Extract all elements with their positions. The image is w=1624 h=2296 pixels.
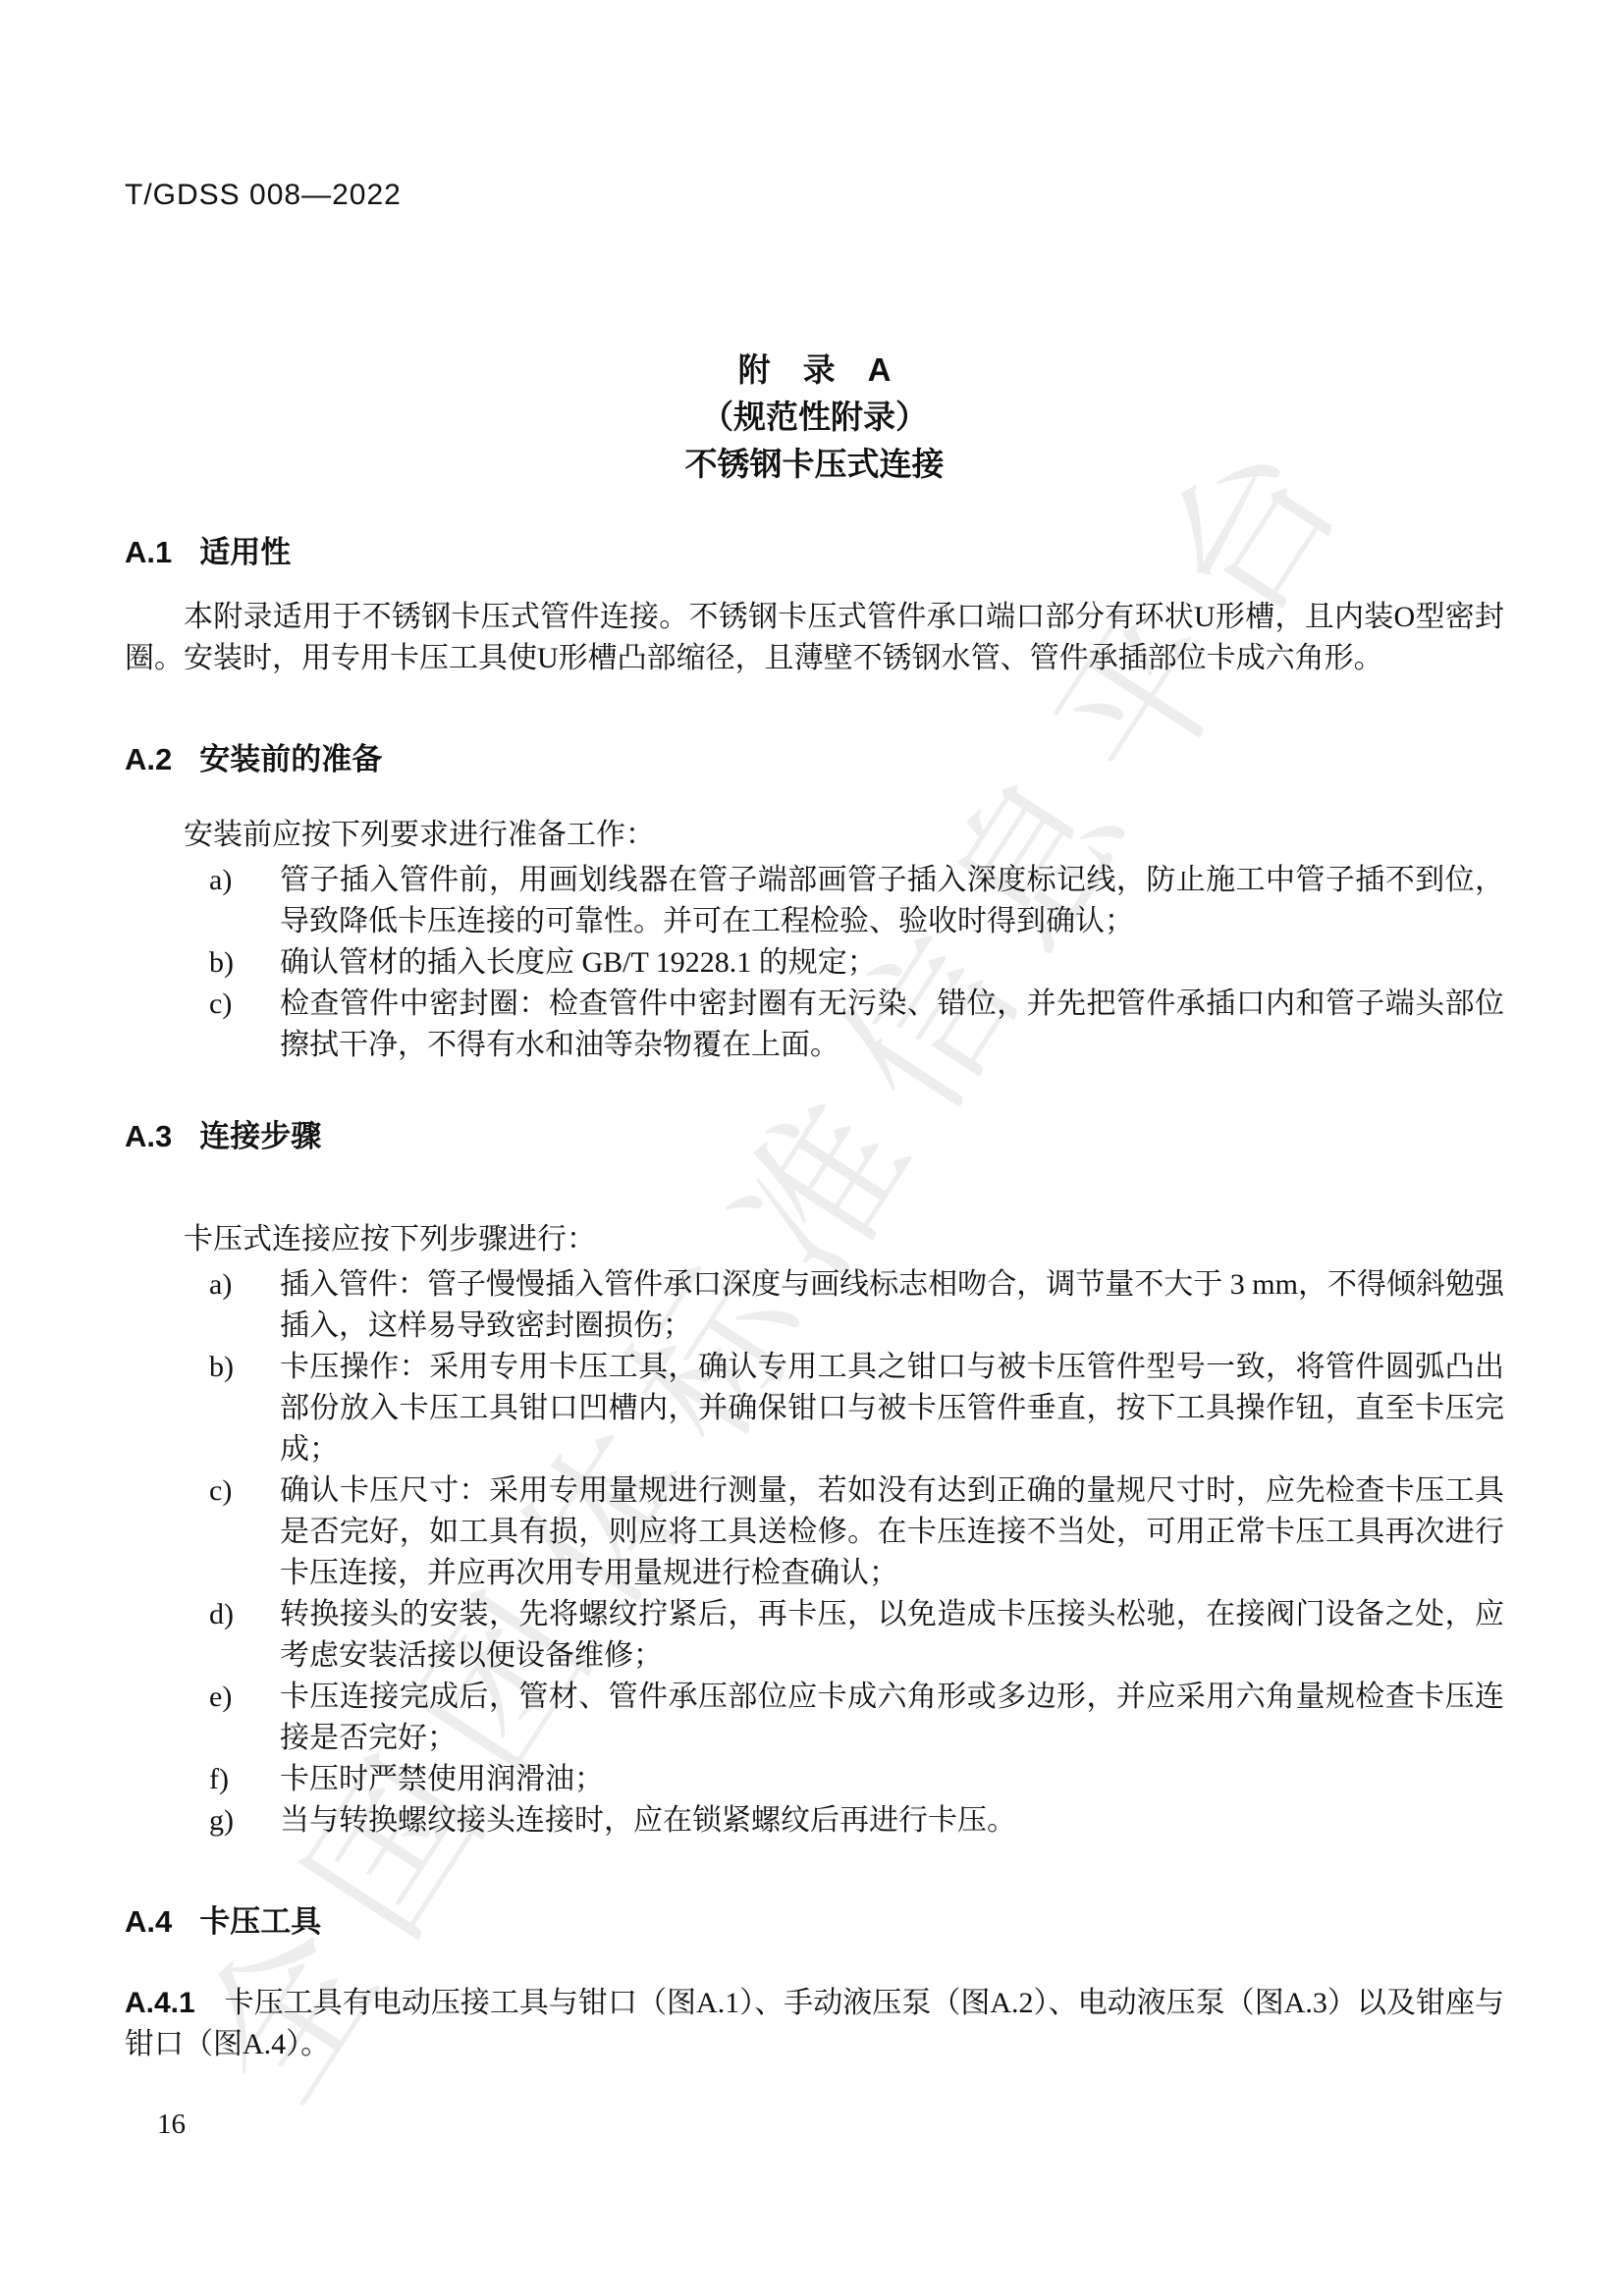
section-a2-list: a) 管子插入管件前，用画划线器在管子端部画管子插入深度标记线，防止施工中管子插… — [125, 860, 1504, 1066]
item-text: 确认管材的插入长度应 GB/T 19228.1 的规定； — [280, 946, 877, 979]
section-a1-paragraph: 本附录适用于不锈钢卡压式管件连接。不锈钢卡压式管件承口端口部分有环状U形槽，且内… — [125, 597, 1504, 679]
item-label: e) — [209, 1677, 232, 1718]
section-a4-heading: A.4卡压工具 — [125, 1904, 1504, 1940]
item-text: 插入管件：管子慢慢插入管件承口深度与画线标志相吻合，调节量不大于 3 mm，不得… — [280, 1268, 1504, 1342]
subclause-number: A.4.1 — [125, 1983, 195, 2024]
subclause-text: 卡压工具有电动压接工具与钳口（图A.1）、手动液压泵（图A.2）、电动液压泵（图… — [125, 1987, 1504, 2060]
list-item: b) 卡压操作：采用专用卡压工具，确认专用工具之钳口与被卡压管件型号一致，将管件… — [125, 1347, 1504, 1470]
item-label: g) — [209, 1800, 234, 1842]
item-label: d) — [209, 1594, 234, 1635]
section-a3-list: a) 插入管件：管子慢慢插入管件承口深度与画线标志相吻合，调节量不大于 3 mm… — [125, 1264, 1504, 1842]
item-label: b) — [209, 1347, 234, 1388]
clause-number: A.3 — [125, 1119, 172, 1154]
clause-title: 适用性 — [199, 535, 291, 569]
item-text: 转换接头的安装，先将螺纹拧紧后，再卡压，以免造成卡压接头松驰，在接阀门设备之处，… — [280, 1598, 1504, 1672]
item-text: 确认卡压尺寸：采用专用量规进行测量，若如没有达到正确的量规尺寸时，应先检查卡压工… — [280, 1474, 1504, 1589]
doc-code: T/GDSS 008—2022 — [125, 179, 1504, 212]
item-text: 当与转换螺纹接头连接时，应在锁紧螺纹后再进行卡压。 — [280, 1804, 1016, 1837]
item-label: b) — [209, 942, 234, 984]
appendix-note: （规范性附录） — [125, 394, 1504, 441]
list-item: d) 转换接头的安装，先将螺纹拧紧后，再卡压，以免造成卡压接头松驰，在接阀门设备… — [125, 1594, 1504, 1677]
section-a2-intro: 安装前应按下列要求进行准备工作： — [125, 815, 1504, 856]
clause-title: 连接步骤 — [199, 1119, 321, 1153]
item-label: f) — [209, 1759, 229, 1800]
item-text: 检查管件中密封圈：检查管件中密封圈有无污染、错位，并先把管件承插口内和管子端头部… — [280, 988, 1504, 1061]
section-a3-intro: 卡压式连接应按下列步骤进行： — [125, 1219, 1504, 1260]
list-item: g) 当与转换螺纹接头连接时，应在锁紧螺纹后再进行卡压。 — [125, 1800, 1504, 1842]
document-page: 全国团体标准信息平台 T/GDSS 008—2022 附 录 A （规范性附录）… — [0, 0, 1624, 2296]
section-a2-heading: A.2安装前的准备 — [125, 742, 1504, 777]
section-a1-heading: A.1适用性 — [125, 535, 1504, 570]
section-a3-heading: A.3连接步骤 — [125, 1119, 1504, 1154]
section-a41-paragraph: A.4.1卡压工具有电动压接工具与钳口（图A.1）、手动液压泵（图A.2）、电动… — [125, 1983, 1504, 2065]
item-text: 卡压时严禁使用润滑油； — [280, 1763, 604, 1795]
clause-title: 卡压工具 — [199, 1904, 321, 1939]
item-label: c) — [209, 1470, 232, 1512]
item-text: 卡压连接完成后，管材、管件承压部位应卡成六角形或多边形，并应采用六角量规检查卡压… — [280, 1681, 1504, 1754]
list-item: b) 确认管材的插入长度应 GB/T 19228.1 的规定； — [125, 942, 1504, 984]
list-item: a) 插入管件：管子慢慢插入管件承口深度与画线标志相吻合，调节量不大于 3 mm… — [125, 1264, 1504, 1347]
clause-number: A.2 — [125, 742, 172, 777]
appendix-title: 附 录 A — [125, 347, 1504, 394]
item-text: 管子插入管件前，用画划线器在管子端部画管子插入深度标记线，防止施工中管子插不到位… — [280, 864, 1504, 937]
clause-title: 安装前的准备 — [199, 742, 382, 776]
appendix-name: 不锈钢卡压式连接 — [125, 441, 1504, 488]
item-label: a) — [209, 860, 232, 901]
page-number: 16 — [157, 2109, 275, 2141]
clause-number: A.1 — [125, 535, 172, 570]
item-label: a) — [209, 1264, 232, 1306]
list-item: c) 确认卡压尺寸：采用专用量规进行测量，若如没有达到正确的量规尺寸时，应先检查… — [125, 1470, 1504, 1594]
item-label: c) — [209, 984, 232, 1025]
list-item: c) 检查管件中密封圈：检查管件中密封圈有无污染、错位，并先把管件承插口内和管子… — [125, 984, 1504, 1066]
list-item: f) 卡压时严禁使用润滑油； — [125, 1759, 1504, 1800]
item-text: 卡压操作：采用专用卡压工具，确认专用工具之钳口与被卡压管件型号一致，将管件圆弧凸… — [280, 1351, 1504, 1466]
list-item: e) 卡压连接完成后，管材、管件承压部位应卡成六角形或多边形，并应采用六角量规检… — [125, 1677, 1504, 1759]
clause-number: A.4 — [125, 1904, 172, 1940]
appendix-title-block: 附 录 A （规范性附录） 不锈钢卡压式连接 — [125, 347, 1504, 488]
list-item: a) 管子插入管件前，用画划线器在管子端部画管子插入深度标记线，防止施工中管子插… — [125, 860, 1504, 942]
